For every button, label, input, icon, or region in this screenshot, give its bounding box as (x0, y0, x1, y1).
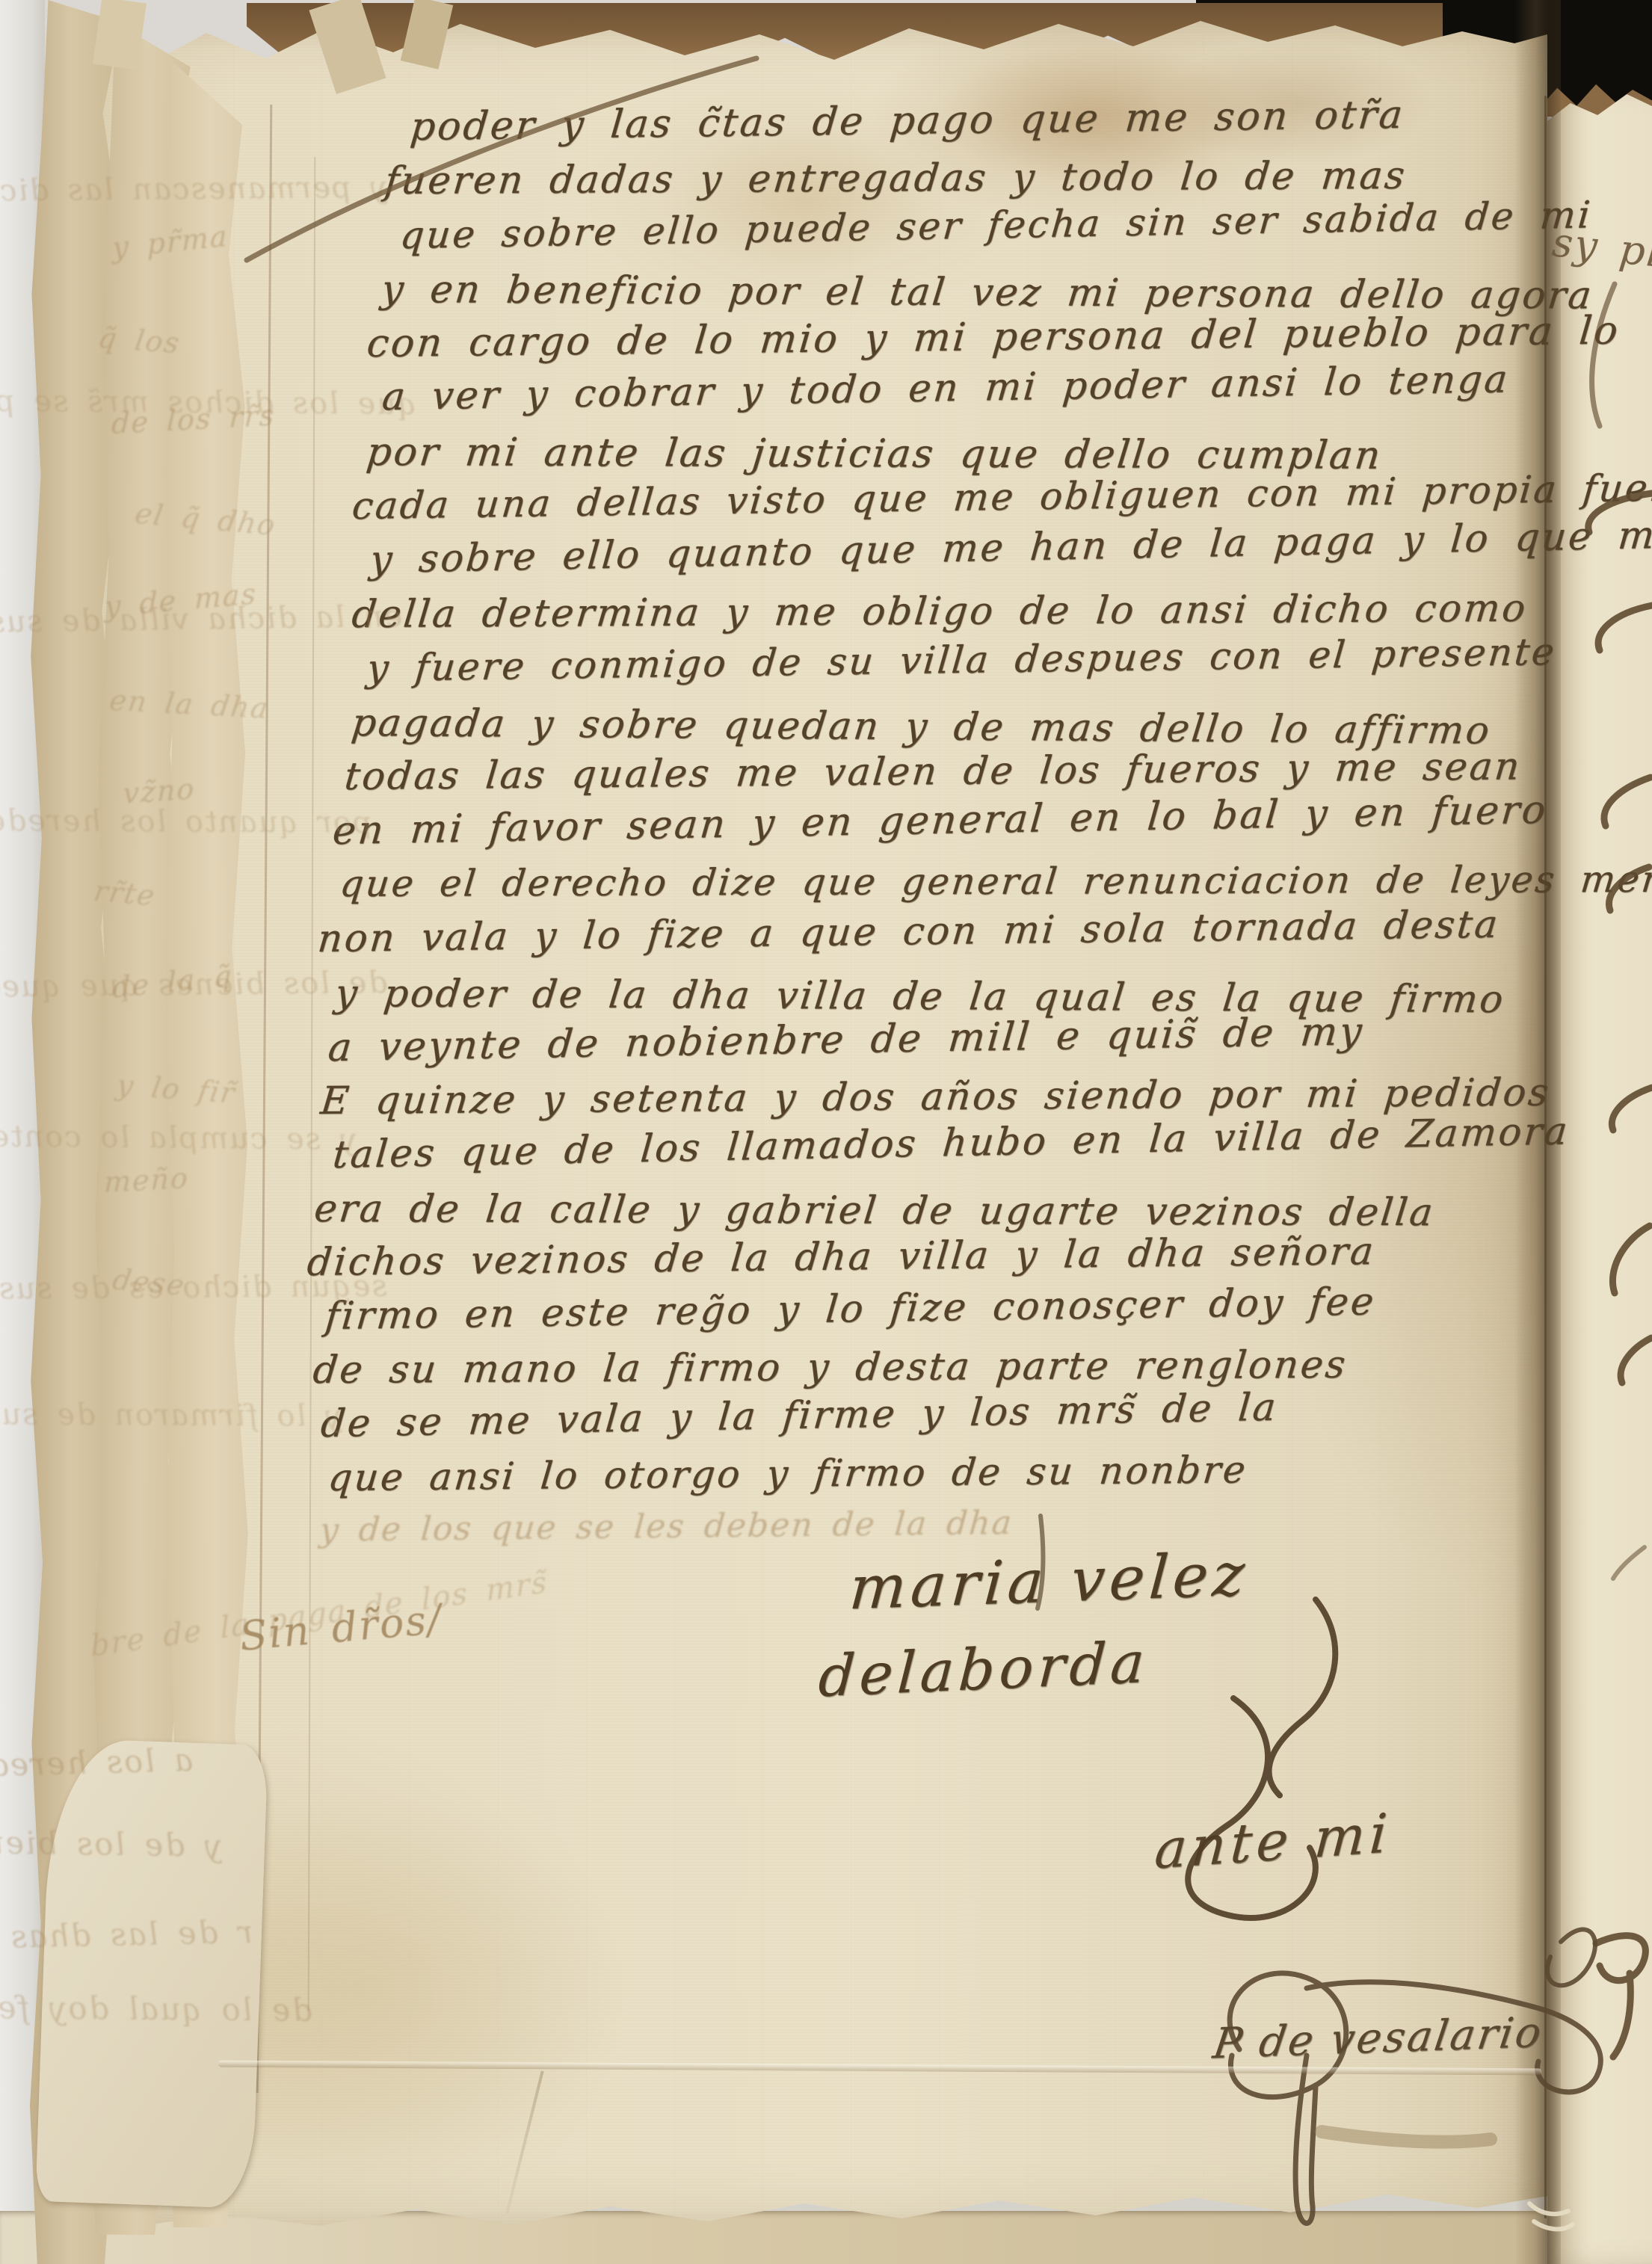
manuscript-line: cada una dellas visto que me obliguen co… (351, 466, 1652, 528)
manuscript-line: dichos vezinos de la dha villa y la dha … (305, 1230, 1377, 1285)
manuscript-line: y fuere conmigo de su villa despues con … (366, 630, 1559, 690)
bleedthrough-fragment: que los dichos mrs̃ se paguen (0, 383, 419, 422)
manuscript-line: con cargo de lo mio y mi persona del pue… (365, 308, 1621, 366)
bleedthrough-fragment: meño (103, 1162, 189, 1199)
manuscript-line: de se me vala y la firme y los mrs̃ de l… (319, 1386, 1280, 1446)
bleedthrough-fragment: de los bienes que quedaron (0, 966, 389, 1005)
bleedthrough-fragment: y permanescan las dichas (0, 170, 389, 209)
manuscript-line: non vala y lo fize a que con mi sola tor… (316, 903, 1502, 961)
adjacent-page-text-fragment: sy pl (1550, 218, 1652, 277)
manuscript-line: era de la calle y gabriel de ugarte vezi… (312, 1187, 1437, 1235)
manuscript-line: que ansi lo otorgo y firmo de su nonbre (326, 1448, 1249, 1499)
bleedthrough-fragment: y se cumpla lo contenido (0, 1119, 359, 1157)
manuscript-line: en mi favor sean y en general en lo bal … (331, 788, 1550, 854)
signature-line-2: delaborda (817, 1629, 1151, 1710)
bleedthrough-fragment: q̃ los (96, 321, 183, 360)
bleedthrough-fragment: en la dicha villa de suso (0, 599, 404, 640)
bleedthrough-fragment: a los herederos de la dha villa (0, 1742, 194, 1793)
bleedthrough-fragment: y de mas (105, 577, 257, 623)
manuscript-line: de su mano la firmo y desta parte renglo… (311, 1343, 1349, 1392)
bleedthrough-fragment: el q̃ dho (132, 497, 279, 542)
bleedthrough-fragment: en la dha (108, 684, 271, 725)
manuscript-line: a ver y cobrar y todo en mi poder ansi l… (380, 357, 1511, 419)
bleedthrough-fragment: vz̃no (123, 772, 195, 810)
bleedthrough-fragment: y lo firmaron de sus nonbres (0, 1396, 344, 1434)
signature-line-1: maria velez (847, 1539, 1251, 1623)
manuscript-line: y sobre ello quanto que me han de la pag… (369, 513, 1652, 582)
margin-note: Sin dr̃os/ (238, 1595, 444, 1659)
manuscript-line: a veynte de nobienbre de mill e quis̃ de… (327, 1009, 1366, 1070)
bleedthrough-fragment: y pr̃ma (112, 220, 229, 265)
bleedthrough-fragment: segun dicho es de suso (0, 1269, 389, 1307)
manuscript-scan: Sin dr̃os/ maria velez delaborda ante mi… (0, 0, 1652, 2264)
manuscript-line: y en beneficio por el tal vez mi persona… (379, 268, 1595, 318)
manuscript-line: fueren dadas y entregadas y todo lo de m… (383, 154, 1408, 203)
handwriting-layer: Sin dr̃os/ maria velez delaborda ante mi… (0, 0, 1652, 2264)
attestation-ante-mi: ante mi (1153, 1801, 1393, 1881)
bleedthrough-fragment: r de las dhas y que ansi (0, 1913, 254, 1960)
manuscript-line: que sobre ello puede ser fecha sin ser s… (398, 193, 1594, 257)
manuscript-line: della determina y me obligo de lo ansi d… (350, 587, 1529, 637)
manuscript-line: E quinze y setenta y dos años siendo por… (318, 1071, 1552, 1124)
bleedthrough-fragment: rr̃te (91, 875, 158, 913)
bleedthrough-fragment: y de los bienes que me de a cobrar (0, 1819, 224, 1864)
bleedthrough-fragment: de lo qual doy fee en forma (0, 1987, 314, 2029)
bleedthrough-fragment: dese (110, 1263, 188, 1302)
manuscript-line: pagada y sobre quedan y de mas dello lo … (349, 701, 1494, 753)
manuscript-line: todas las quales me valen de los fueros … (342, 744, 1523, 799)
manuscript-line: tales que de los llamados hubo en la vil… (331, 1109, 1571, 1177)
bleedthrough-fragment: de la q̃ (112, 959, 233, 1005)
manuscript-line: que el derecho dize que general renuncia… (338, 857, 1652, 905)
manuscript-line: por mi ante las justicias que dello cump… (364, 430, 1384, 478)
bleedthrough-fragment: por quanto los herederos (0, 803, 374, 840)
bleedthrough-fragment: de los rr̃s (111, 399, 276, 441)
notary-signature: P de vesalario (1210, 2008, 1547, 2069)
bleedthrough-fragment: y de los que se les deben de la dha (318, 1504, 1014, 1549)
bleedthrough-fragment: bre de la paga de los mrs̃ (90, 1565, 549, 1664)
bleedthrough-fragment: y lo fir̃ (114, 1069, 238, 1110)
manuscript-line: y poder de la dha villa de la qual es la… (333, 972, 1507, 1022)
manuscript-line: firmo en este reg̃o y lo fize conosçer d… (324, 1280, 1378, 1339)
manuscript-line: poder y las c̃tas de pago que me son otr… (408, 93, 1406, 149)
